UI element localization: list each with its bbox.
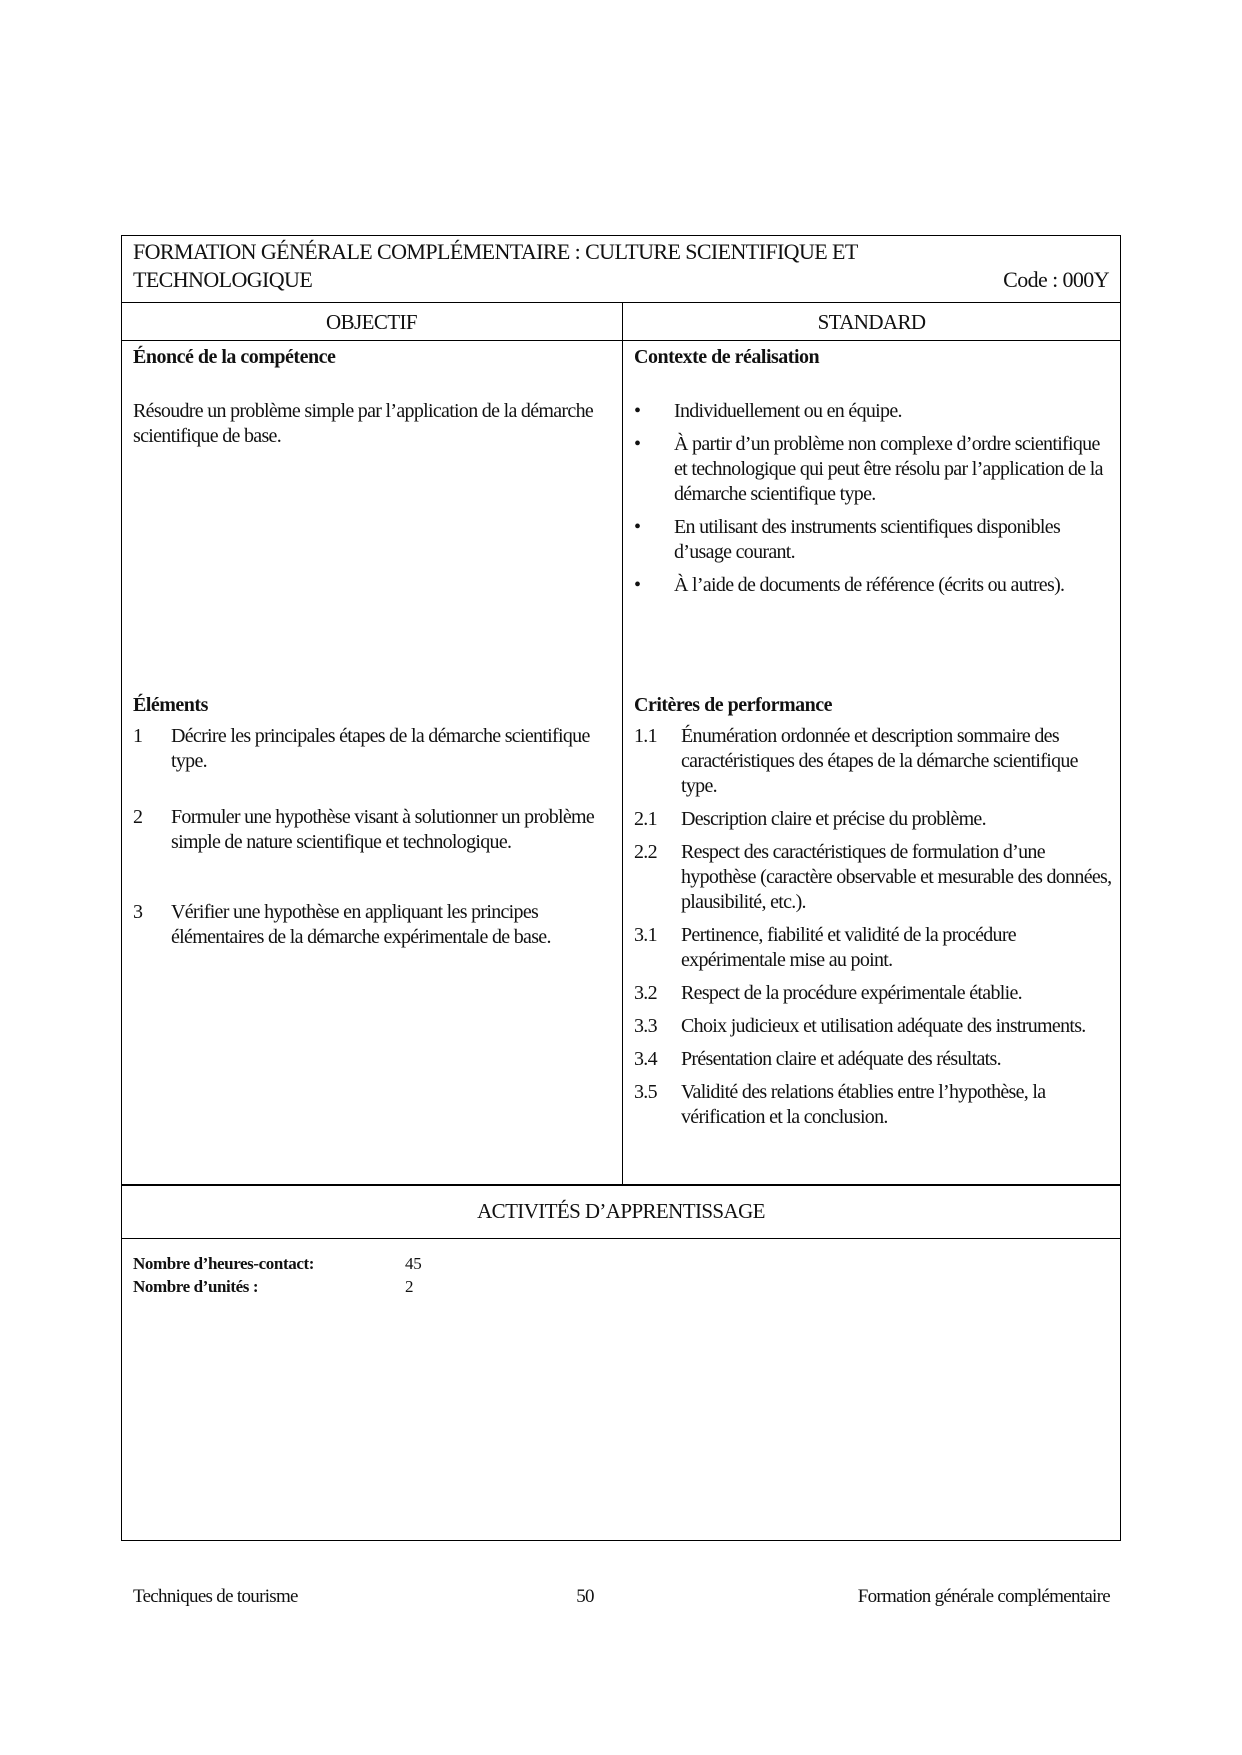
bullet-icon: • (634, 432, 648, 457)
criteria-item: 3.2Respect de la procédure expérimentale… (634, 981, 1114, 1006)
units-label: Nombre d’unités : (133, 1276, 258, 1298)
elements-heading: Éléments (133, 692, 208, 718)
context-heading: Contexte de réalisation (634, 344, 819, 370)
bullet-icon: • (634, 515, 648, 540)
context-item: •Individuellement ou en équipe. (634, 399, 1104, 424)
element-item: 1Décrire les principales étapes de la dé… (133, 724, 603, 774)
divider-activities-head (121, 1238, 1121, 1239)
course-title-line1: FORMATION GÉNÉRALE COMPLÉMENTAIRE : CULT… (133, 238, 858, 266)
context-list: •Individuellement ou en équipe. •À parti… (634, 399, 1104, 606)
context-item: •En utilisant des instruments scientifiq… (634, 515, 1104, 565)
context-item: •À partir d’un problème non complexe d’o… (634, 432, 1104, 507)
competence-text: Résoudre un problème simple par l’applic… (133, 399, 603, 449)
course-code: Code : 000Y (1003, 266, 1109, 294)
page-number: 50 (575, 1585, 595, 1609)
criteria-item: 1.1Énumération ordonnée et description s… (634, 724, 1114, 799)
criteria-item: 3.5Validité des relations établies entre… (634, 1080, 1114, 1130)
elements-list: 1Décrire les principales étapes de la dé… (133, 724, 603, 950)
activities-heading: ACTIVITÉS D’APPRENTISSAGE (121, 1196, 1121, 1226)
column-head-objectif: OBJECTIF (121, 307, 622, 337)
criteria-item: 3.3Choix judicieux et utilisation adéqua… (634, 1014, 1114, 1039)
element-item: 2Formuler une hypothèse visant à solutio… (133, 805, 603, 855)
competence-heading: Énoncé de la compétence (133, 344, 335, 370)
footer-right: Formation générale complémentaire (858, 1585, 1110, 1609)
column-divider (622, 302, 623, 1185)
criteria-item: 3.1Pertinence, fiabilité et validité de … (634, 923, 1114, 973)
criteria-item: 2.2Respect des caractéristiques de formu… (634, 840, 1114, 915)
criteria-item: 2.1Description claire et précise du prob… (634, 807, 1114, 832)
units-value: 2 (405, 1276, 413, 1298)
bullet-icon: • (634, 399, 648, 424)
context-item: •À l’aide de documents de référence (écr… (634, 573, 1104, 598)
divider-column-heads (121, 340, 1121, 341)
hours-value: 45 (405, 1253, 421, 1275)
column-head-standard: STANDARD (622, 307, 1121, 337)
hours-label: Nombre d’heures-contact: (133, 1253, 314, 1275)
criteria-list: 1.1Énumération ordonnée et description s… (634, 724, 1114, 1138)
footer-left: Techniques de tourisme (133, 1585, 298, 1609)
course-title-line2: TECHNOLOGIQUE (133, 266, 312, 294)
element-item: 3Vérifier une hypothèse en appliquant le… (133, 900, 603, 950)
criteria-item: 3.4Présentation claire et adéquate des r… (634, 1047, 1114, 1072)
divider-activities (121, 1184, 1121, 1186)
criteria-heading: Critères de performance (634, 692, 832, 718)
divider-title (121, 302, 1121, 303)
bullet-icon: • (634, 573, 648, 598)
